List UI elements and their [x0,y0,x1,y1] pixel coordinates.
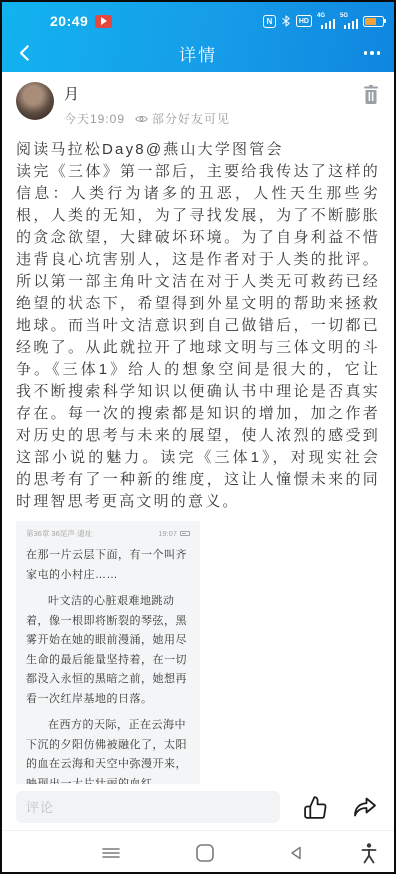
nav-home-button[interactable] [195,843,215,863]
comment-input[interactable] [16,791,280,823]
clock: 20:49 [50,13,88,29]
reader-clock: 19:07 [158,529,177,538]
back-button[interactable] [16,41,40,65]
bluetooth-icon [281,14,291,28]
post-body: 读完《三体》第一部后，主要给我传达了这样的信息：人类行为诸多的丑恶，人性天生那些… [16,163,380,510]
reader-battery-icon [180,531,190,537]
like-button[interactable] [303,795,328,820]
hd-voice-icon: HD [296,15,312,27]
signal-sim2-icon: 5G [340,14,358,29]
post-header: 月 今天19:09 部分好友可见 [16,82,380,127]
reader-screenshot-statusbar: 第36章 36尾声·遗址 19:07 [26,528,190,539]
accessibility-button[interactable] [360,842,378,864]
status-icons: N HD 4G 5G [263,14,384,29]
thumbs-up-icon [303,795,328,820]
back-triangle-icon [287,844,305,862]
status-bar: 20:49 N HD 4G 5G [2,2,394,34]
visibility-label: 部分好友可见 [152,110,230,127]
phone-screen: 20:49 N HD 4G 5G [0,0,396,874]
post-detail: 月 今天19:09 部分好友可见 [2,72,394,784]
post-meta: 今天19:09 部分好友可见 [64,110,230,127]
menu-icon [100,844,122,862]
signal-sim1-icon: 4G [317,14,335,29]
author-block: 月 今天19:09 部分好友可见 [64,82,230,127]
screen-record-icon [95,15,112,28]
trash-icon [362,85,380,105]
nav-menu-button[interactable] [100,844,122,862]
battery-icon [363,16,384,27]
more-options-button[interactable] [356,51,380,55]
delete-button[interactable] [362,82,380,110]
comment-bar [2,784,394,830]
share-arrow-icon [352,795,378,819]
chevron-left-icon [16,43,36,63]
android-nav-bar [2,830,394,874]
post-date: 今天19:09 [64,110,125,127]
quote-paragraph: 叶文洁的心脏艰难地跳动着，像一根即将断裂的琴弦，黑雾开始在她的眼前漫涌，她用尽生… [26,592,190,709]
top-bar: 20:49 N HD 4G 5G [2,2,394,72]
share-button[interactable] [352,795,378,819]
quote-paragraph: 在那一片云层下面，有一个叫齐家屯的小村庄…… [26,546,190,585]
quote-paragraph: 在西方的天际，正在云海中下沉的夕阳仿佛被融化了，太阳的血在云海和天空中弥漫开来，… [26,716,190,784]
attached-reader-screenshot[interactable]: 第36章 36尾声·遗址 19:07 在那一片云层下面，有一个叫齐家屯的小村庄…… [16,521,200,784]
nfc-icon: N [263,15,276,28]
post-text: 阅读马拉松Day8@燕山大学图管会 读完《三体》第一部后，主要给我传达了这样的信… [16,139,380,513]
rounded-square-icon [195,843,215,863]
author-name[interactable]: 月 [64,83,230,104]
nav-back-button[interactable] [287,844,305,862]
chapter-label: 第36章 36尾声·遗址 [26,528,92,539]
visibility-eye-icon [135,114,148,124]
post-title-line: 阅读马拉松Day8@燕山大学图管会 [16,139,380,161]
avatar[interactable] [16,82,54,120]
page-title: 详情 [40,41,356,66]
nav-header: 详情 [2,34,394,72]
accessibility-person-icon [360,842,378,864]
